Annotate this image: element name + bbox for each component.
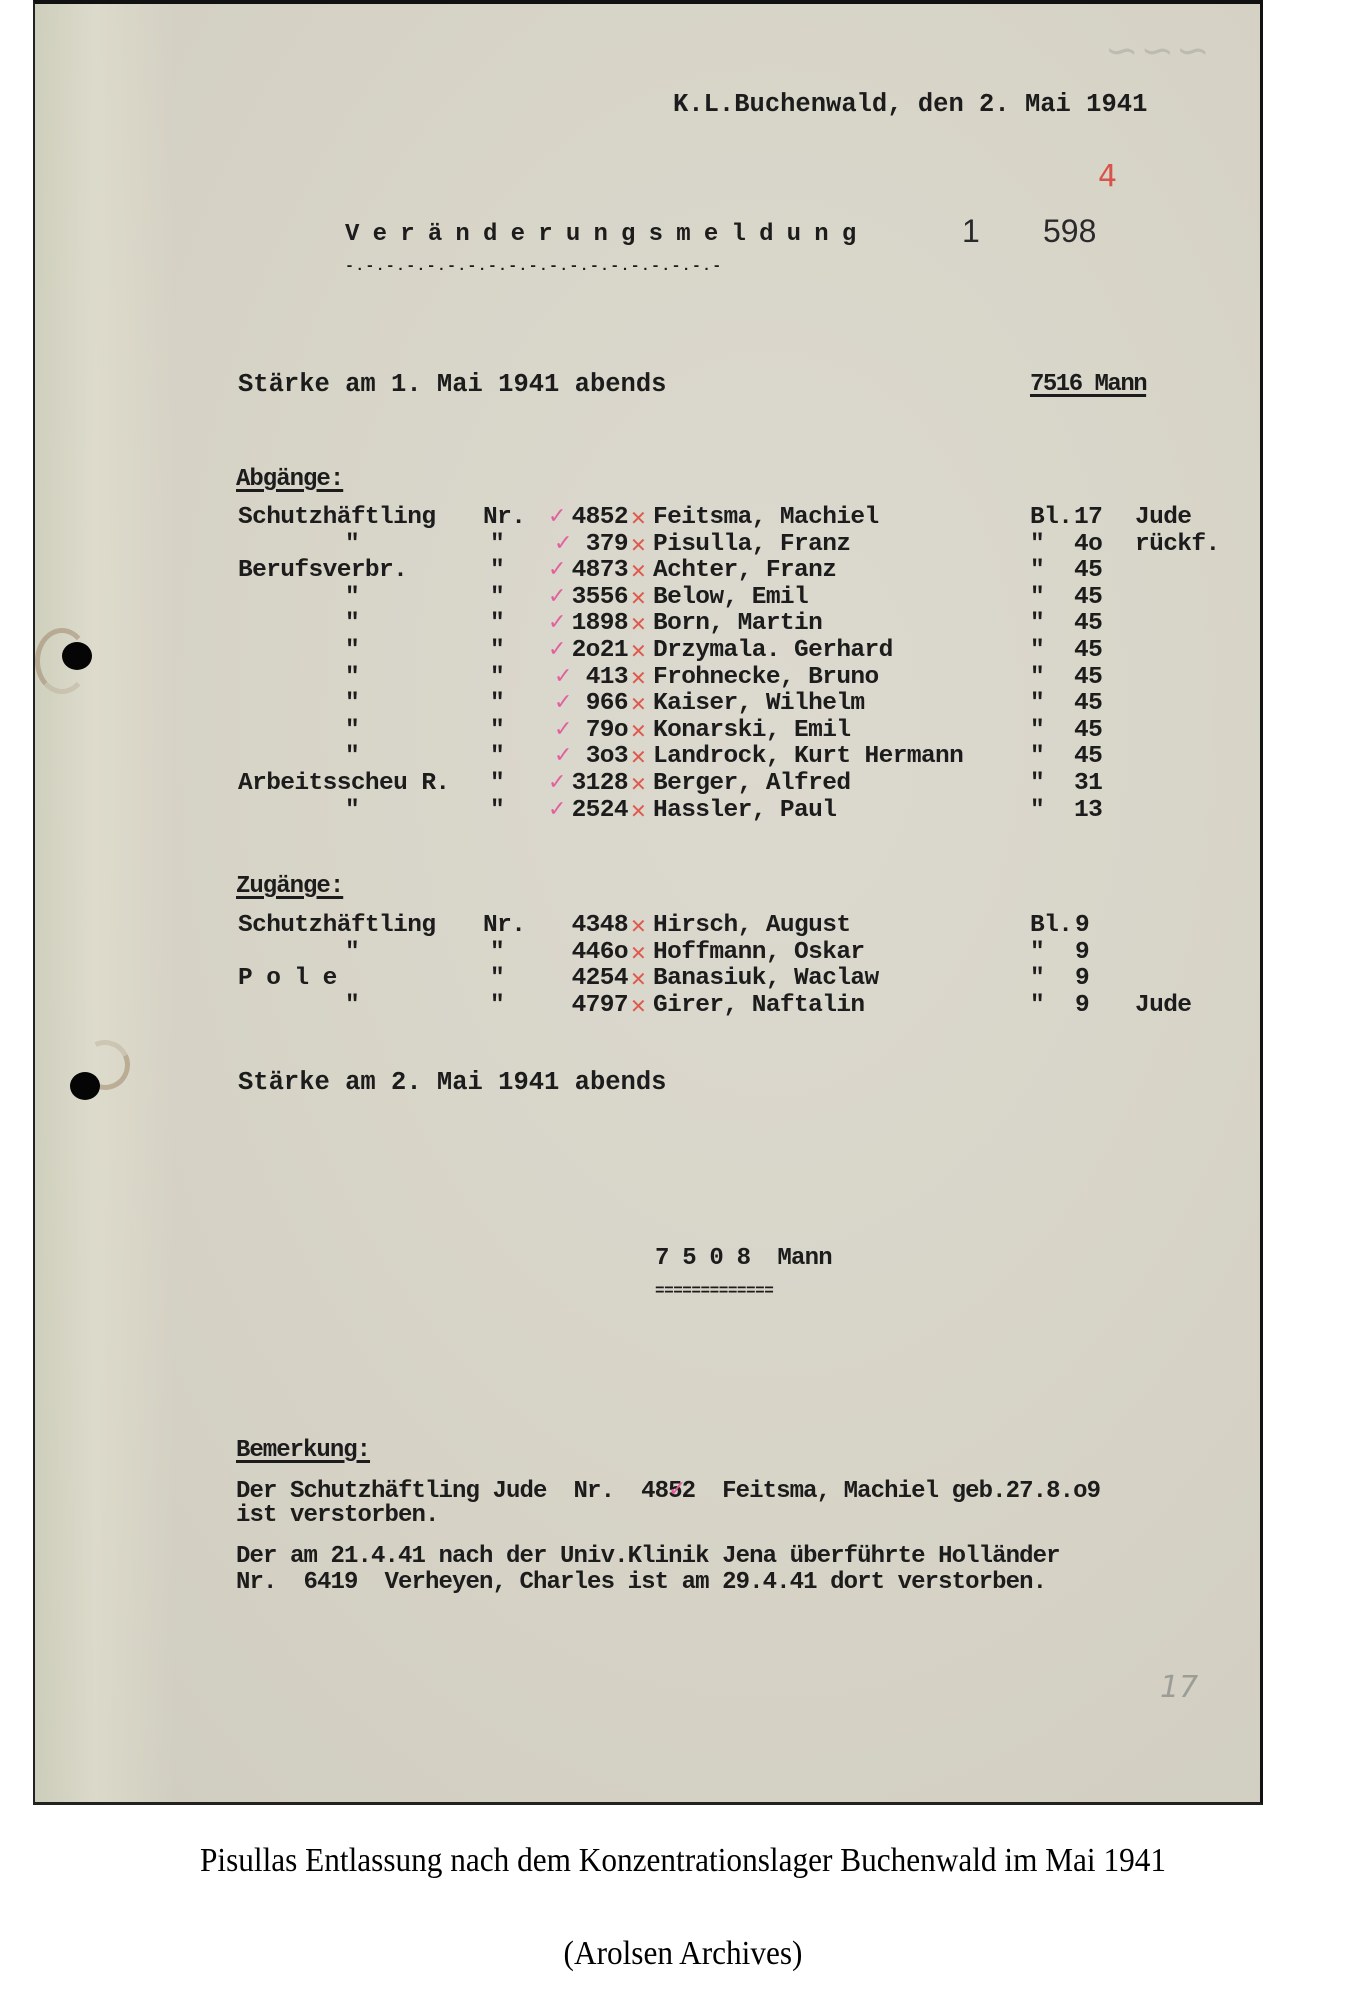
name-cell: Kaiser, Wilhelm [653, 691, 865, 717]
block-label-cell: " [1030, 718, 1044, 744]
check-mark-icon: ✓ [548, 507, 566, 527]
category-cell: " [345, 993, 359, 1019]
block-label-cell: " [1030, 585, 1044, 611]
category-cell: " [345, 638, 359, 664]
block-label-cell: " [1030, 638, 1044, 664]
nr-label-cell: Nr. [483, 505, 525, 531]
nr-label-cell: " [490, 532, 504, 558]
check-mark-icon: ✓ [548, 560, 566, 580]
block-label-cell: " [1030, 771, 1044, 797]
register-row: ""Drzymala. Gerhard"452o21✓✕ [0, 638, 1366, 664]
category-cell: " [345, 718, 359, 744]
nr-label-cell: " [490, 638, 504, 664]
block-label-cell: " [1030, 691, 1044, 717]
prisoner-number-cell: 3556 [572, 585, 628, 611]
check-mark-icon: ✓ [548, 800, 566, 820]
block-label-cell: Bl. [1030, 505, 1072, 531]
cross-mark-icon: ✕ [630, 916, 647, 936]
punch-hole-bottom [70, 1072, 100, 1100]
prisoner-number-cell: 2o21 [572, 638, 628, 664]
block-label-cell: " [1030, 665, 1044, 691]
cross-mark-icon: ✕ [630, 801, 647, 821]
prisoner-number-cell: 379 [586, 532, 628, 558]
pencil-page-number: 17 [1160, 1670, 1198, 1705]
nr-label-cell: " [490, 691, 504, 717]
strength-end-value: 7 5 0 8 Mann [655, 1246, 832, 1272]
block-label-cell: " [1030, 532, 1044, 558]
block-cell: 9 [1075, 966, 1089, 992]
nr-label-cell: " [490, 718, 504, 744]
block-label-cell: " [1030, 558, 1044, 584]
block-cell: 9 [1075, 993, 1089, 1019]
name-cell: Hassler, Paul [653, 798, 836, 824]
block-cell: 45 [1074, 665, 1102, 691]
cross-mark-icon: ✕ [630, 969, 647, 989]
block-cell: 45 [1074, 558, 1102, 584]
category-cell: Schutzhäftling [238, 913, 435, 939]
prisoner-number-cell: 446o [572, 940, 628, 966]
name-cell: Born, Martin [653, 611, 822, 637]
category-cell: " [345, 532, 359, 558]
block-cell: 13 [1074, 798, 1102, 824]
cross-mark-icon: ✕ [630, 996, 647, 1016]
name-cell: Konarski, Emil [653, 718, 850, 744]
arrivals-heading: Zugänge: [236, 874, 343, 900]
nr-label-cell: " [490, 744, 504, 770]
name-cell: Berger, Alfred [653, 771, 850, 797]
remark-line-2: ist verstorben. [236, 1503, 439, 1529]
block-cell: 45 [1074, 638, 1102, 664]
block-label-cell: " [1030, 744, 1044, 770]
cross-mark-icon: ✕ [630, 721, 647, 741]
block-cell: 9 [1075, 940, 1089, 966]
block-cell: 45 [1074, 585, 1102, 611]
check-mark-icon: ✓ [548, 613, 566, 633]
block-label-cell: " [1030, 611, 1044, 637]
remarks-heading: Bemerkung: [236, 1438, 370, 1464]
figure-source: (Arolsen Archives) [55, 1935, 1312, 1973]
register-row: ""Kaiser, Wilhelm"45966✓✕ [0, 691, 1366, 717]
category-cell: P o l e [238, 966, 337, 992]
block-cell: 45 [1074, 718, 1102, 744]
prisoner-number-cell: 79o [586, 718, 628, 744]
prisoner-number-cell: 4852 [572, 505, 628, 531]
nr-label-cell: " [490, 665, 504, 691]
category-cell: " [345, 611, 359, 637]
nr-label-cell: " [490, 940, 504, 966]
block-label-cell: " [1030, 798, 1044, 824]
cross-mark-icon: ✕ [630, 535, 647, 555]
nr-label-cell: " [490, 611, 504, 637]
block-cell: 4o [1074, 532, 1102, 558]
cross-mark-icon: ✕ [630, 588, 647, 608]
name-cell: Feitsma, Machiel [653, 505, 879, 531]
nr-label-cell: " [490, 966, 504, 992]
title-number: 598 [1043, 218, 1096, 244]
name-cell: Banasiuk, Waclaw [653, 966, 879, 992]
name-cell: Hoffmann, Oskar [653, 940, 865, 966]
figure-caption: Pisullas Entlassung nach dem Konzentrati… [55, 1842, 1312, 1880]
category-cell: Arbeitsscheu R. [238, 771, 450, 797]
register-row: ""Below, Emil"453556✓✕ [0, 585, 1366, 611]
prisoner-number-cell: 966 [586, 691, 628, 717]
name-cell: Girer, Naftalin [653, 993, 865, 1019]
remark-line-3: Der am 21.4.41 nach der Univ.Klinik Jena… [236, 1544, 1060, 1570]
cross-mark-icon: ✕ [630, 641, 647, 661]
register-row: ""Girer, Naftalin"9Jude4797✕ [0, 993, 1366, 1019]
category-cell: " [345, 665, 359, 691]
check-mark-icon: ✓ [548, 640, 566, 660]
check-mark-icon: ✓ [668, 1480, 686, 1500]
prisoner-number-cell: 413 [586, 665, 628, 691]
register-row: SchutzhäftlingNr.Hirsch, AugustBl.94348✕ [0, 913, 1366, 939]
note-cell: rückf. [1135, 532, 1220, 558]
remark-line-4: Nr. 6419 Verheyen, Charles ist am 29.4.4… [236, 1570, 1046, 1596]
cross-mark-icon: ✕ [630, 614, 647, 634]
register-row: ""Born, Martin"451898✓✕ [0, 611, 1366, 637]
block-cell: 31 [1074, 771, 1102, 797]
register-row: P o l e"Banasiuk, Waclaw"94254✕ [0, 966, 1366, 992]
nr-label-cell: " [490, 771, 504, 797]
note-cell: Jude [1135, 505, 1191, 531]
register-row: SchutzhäftlingNr.Feitsma, MachielBl.17Ju… [0, 505, 1366, 531]
nr-label-cell: Nr. [483, 913, 525, 939]
category-cell: Schutzhäftling [238, 505, 435, 531]
register-row: ""Frohnecke, Bruno"45413✓✕ [0, 665, 1366, 691]
block-cell: 45 [1074, 611, 1102, 637]
departures-heading: Abgänge: [236, 467, 343, 493]
block-cell: 45 [1074, 744, 1102, 770]
category-cell: Berufsverbr. [238, 558, 407, 584]
register-row: ""Pisulla, Franz"4orückf.379✓✕ [0, 532, 1366, 558]
block-label-cell: " [1030, 966, 1044, 992]
name-cell: Below, Emil [653, 585, 808, 611]
name-cell: Hirsch, August [653, 913, 850, 939]
block-cell: 17 [1074, 505, 1102, 531]
prisoner-number-cell: 4873 [572, 558, 628, 584]
pencil-scribble-top-right: ∽∽∽ [1105, 28, 1212, 74]
block-cell: 9 [1075, 913, 1089, 939]
name-cell: Landrock, Kurt Hermann [653, 744, 963, 770]
check-mark-icon: ✓ [548, 587, 566, 607]
register-row: ""Hoffmann, Oskar"9446o✕ [0, 940, 1366, 966]
title-underline: -.-.-.-.-.-.-.-.-.-.-.-.-.-.-.-.-.-.- [345, 254, 722, 280]
cross-mark-icon: ✕ [630, 747, 647, 767]
cross-mark-icon: ✕ [630, 774, 647, 794]
register-row: ""Hassler, Paul"132524✓✕ [0, 798, 1366, 824]
check-mark-icon: ✓ [554, 720, 572, 740]
name-cell: Pisulla, Franz [653, 532, 850, 558]
category-cell: " [345, 744, 359, 770]
check-mark-icon: ✓ [554, 693, 572, 713]
check-mark-icon: ✓ [554, 534, 572, 554]
name-cell: Achter, Franz [653, 558, 836, 584]
block-label-cell: Bl. [1030, 913, 1072, 939]
check-mark-icon: ✓ [554, 746, 572, 766]
note-cell: Jude [1135, 993, 1191, 1019]
red-annotation: 4 [1098, 164, 1117, 190]
check-mark-icon: ✓ [548, 773, 566, 793]
block-cell: 45 [1074, 691, 1102, 717]
name-cell: Frohnecke, Bruno [653, 665, 879, 691]
strength-end-underline: ============= [655, 1278, 773, 1304]
block-label-cell: " [1030, 940, 1044, 966]
block-label-cell: " [1030, 993, 1044, 1019]
register-row: Arbeitsscheu R."Berger, Alfred"313128✓✕ [0, 771, 1366, 797]
strength-start-value: 7516 Mann [1030, 372, 1146, 398]
cross-mark-icon: ✕ [630, 508, 647, 528]
category-cell: " [345, 691, 359, 717]
prisoner-number-cell: 4254 [572, 966, 628, 992]
strength-start-label: Stärke am 1. Mai 1941 abends [238, 372, 666, 398]
prisoner-number-cell: 4797 [572, 993, 628, 1019]
register-row: Berufsverbr."Achter, Franz"454873✓✕ [0, 558, 1366, 584]
name-cell: Drzymala. Gerhard [653, 638, 893, 664]
check-mark-icon: ✓ [554, 667, 572, 687]
nr-label-cell: " [490, 798, 504, 824]
category-cell: " [345, 585, 359, 611]
nr-label-cell: " [490, 993, 504, 1019]
prisoner-number-cell: 4348 [572, 913, 628, 939]
register-row: ""Landrock, Kurt Hermann"453o3✓✕ [0, 744, 1366, 770]
category-cell: " [345, 798, 359, 824]
prisoner-number-cell: 2524 [572, 798, 628, 824]
cross-mark-icon: ✕ [630, 694, 647, 714]
nr-label-cell: " [490, 558, 504, 584]
document-title: V e r ä n d e r u n g s m e l d u n g [345, 222, 856, 248]
prisoner-number-cell: 1898 [572, 611, 628, 637]
cross-mark-icon: ✕ [630, 943, 647, 963]
category-cell: " [345, 940, 359, 966]
strength-end-label: Stärke am 2. Mai 1941 abends [238, 1070, 666, 1096]
nr-label-cell: " [490, 585, 504, 611]
cross-mark-icon: ✕ [630, 561, 647, 581]
place-and-date: K.L.Buchenwald, den 2. Mai 1941 [673, 92, 1147, 118]
register-row: ""Konarski, Emil"4579o✓✕ [0, 718, 1366, 744]
title-number-prefix: 1 [962, 218, 980, 244]
cross-mark-icon: ✕ [630, 668, 647, 688]
prisoner-number-cell: 3o3 [586, 744, 628, 770]
prisoner-number-cell: 3128 [572, 771, 628, 797]
